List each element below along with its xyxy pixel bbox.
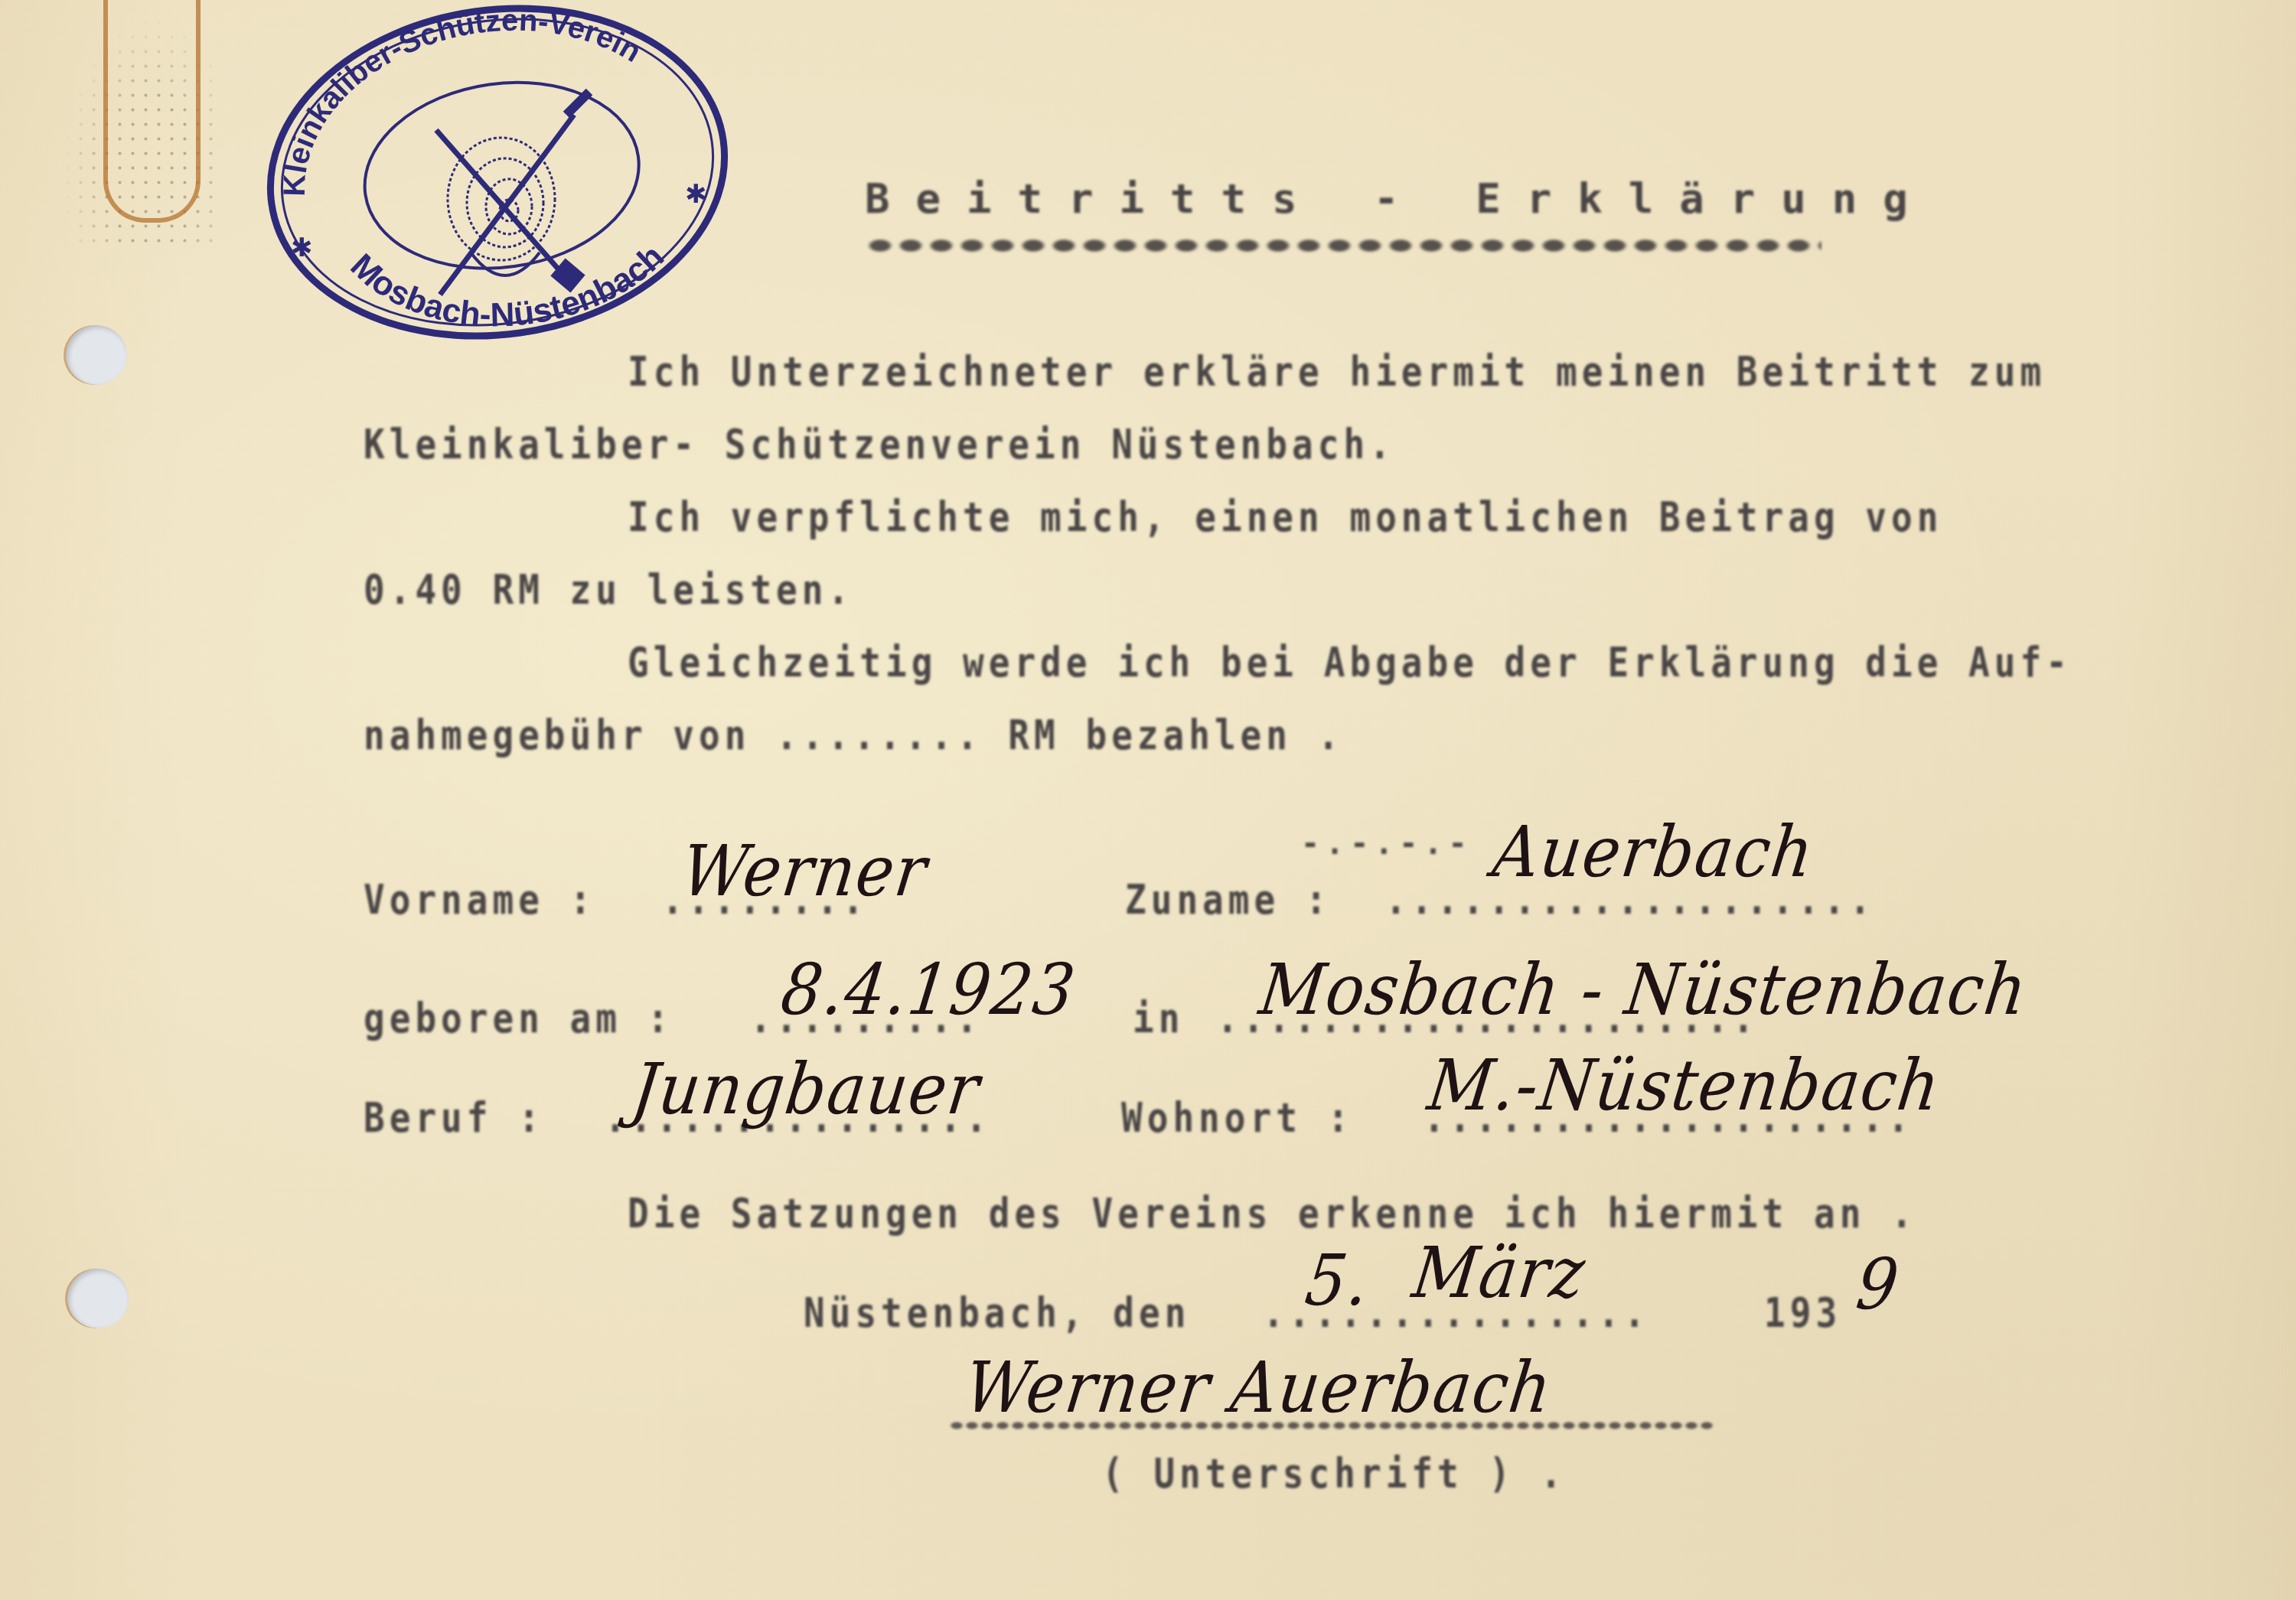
paragraph-3-line-1: Gleichzeitig werde ich bei Abgabe der Er… (628, 639, 2072, 686)
zuname-label: Zuname : (1125, 876, 1332, 924)
beruf-label: Beruf : (364, 1094, 544, 1142)
place-label: Nüstenbach, den (804, 1289, 1190, 1337)
punch-hole-top (66, 325, 127, 385)
vorname-value[interactable]: Werner (677, 830, 932, 912)
stamp-star-right-icon: ✱ (685, 179, 707, 210)
date-month[interactable]: März (1408, 1232, 1590, 1314)
club-stamp: Kleinkaliber-Schützen-Verein Mosbach-Nüs… (253, 0, 742, 352)
signature-caption: ( Unterschrift ) . (1102, 1450, 1567, 1497)
separator-mark: -.-.-.- (1301, 826, 1473, 862)
zuname-value[interactable]: Auerbach (1489, 811, 1819, 893)
stamp-star-left-icon: ✱ (291, 233, 313, 263)
title-underline (865, 237, 1821, 254)
vorname-label: Vorname : (364, 876, 595, 924)
signature-line (949, 1421, 1714, 1430)
beruf-value[interactable]: Jungbauer (628, 1048, 985, 1130)
birthplace-value[interactable]: Mosbach - Nüstenbach (1255, 949, 2032, 1031)
punch-hole-bottom (67, 1269, 129, 1328)
in-label: in (1133, 995, 1184, 1042)
paragraph-3-line-2: nahmegebühr von ........ RM bezahlen . (364, 712, 1343, 759)
target-rifles-emblem-icon (436, 92, 589, 295)
paperclip-rust-mark (103, 0, 201, 223)
paragraph-1-line-2: Kleinkaliber- Schützenverein Nüstenbach. (364, 421, 1395, 468)
stamp-bottom-text: Mosbach-Nüstenbach (344, 237, 671, 334)
statutes-line: Die Satzungen des Vereins erkenne ich hi… (628, 1190, 1917, 1237)
document-title: Beitritts - Erklärung (865, 174, 1934, 223)
geboren-value[interactable]: 8.4.1923 (777, 949, 1081, 1031)
wohnort-label: Wohnort : (1121, 1094, 1353, 1142)
wohnort-value[interactable]: M.-Nüstenbach (1424, 1044, 1945, 1126)
date-day[interactable]: 5. (1301, 1240, 1375, 1321)
year-printed: 193 (1764, 1289, 1841, 1337)
paragraph-2-line-1: Ich verpflichte mich, einen monatlichen … (628, 494, 1942, 541)
geboren-label: geboren am : (364, 995, 673, 1042)
paragraph-1-line-1: Ich Unterzeichneter erkläre hiermit mein… (628, 348, 2046, 396)
paragraph-2-line-2: 0.40 RM zu leisten. (364, 566, 853, 614)
signature[interactable]: Werner Auerbach (960, 1347, 1557, 1429)
